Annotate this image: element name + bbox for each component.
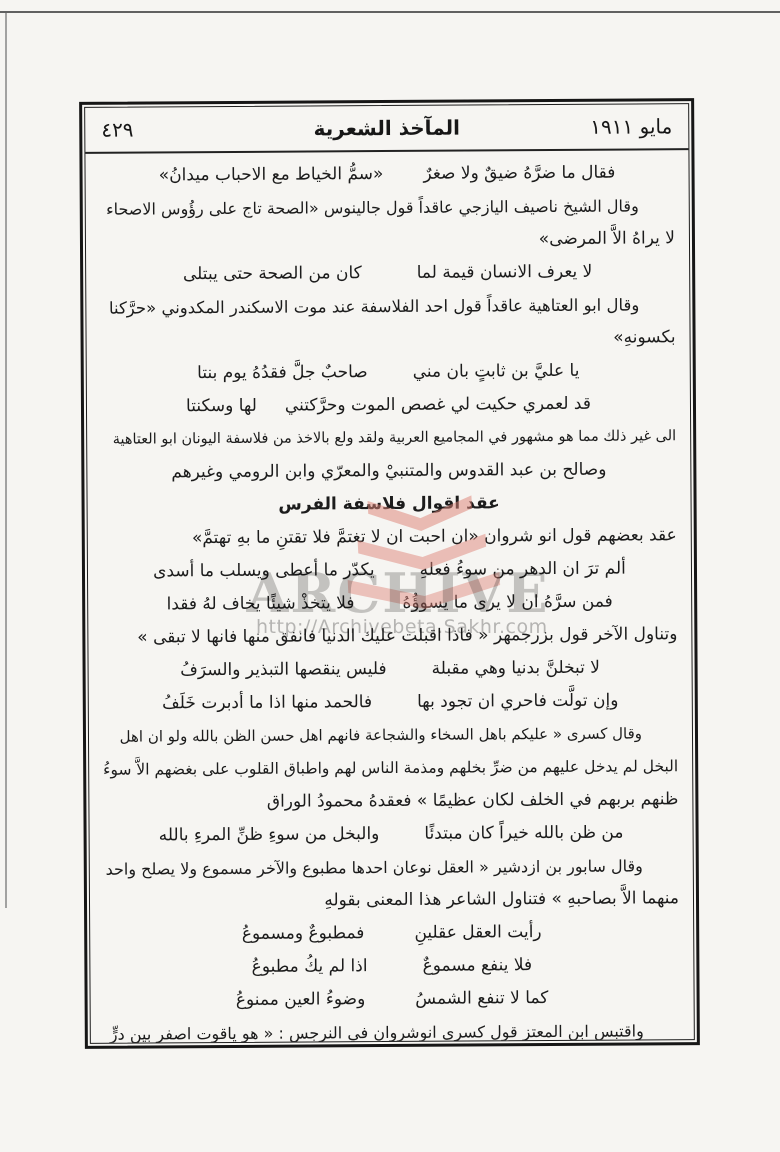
prose-line: منهما الاَّ بصاحبهِ » فتناول الشاعر هذا … [104, 882, 679, 919]
hemistich-right: لا تبخلنَّ بدنيا وهي مقبلة [432, 652, 601, 686]
page-header: مايو ١٩١١ المآخذ الشعرية ٤٢٩ [85, 104, 688, 154]
verse-line: لا يعرف الانسان قيمة لماكان من الصحة حتى… [100, 255, 675, 292]
page-frame-inner: مايو ١٩١١ المآخذ الشعرية ٤٢٩ فقال ما ضرَ… [84, 103, 695, 1044]
verse-line: وإن تولَّت فاحري ان تجود بهافالحمد منها … [103, 684, 678, 721]
hemistich-right: وإن تولَّت فاحري ان تجود بها [417, 685, 619, 719]
scanned-page: مايو ١٩١١ المآخذ الشعرية ٤٢٩ فقال ما ضرَ… [0, 0, 780, 1152]
hemistich-left: «سمُّ الخياط مع الاحباب ميدانُ» [159, 158, 384, 192]
verse-line: كما لا تنفع الشمسُوضوءُ العين ممنوعُ [105, 981, 680, 1018]
hemistich-left: كان من الصحة حتى يبتلى [183, 257, 362, 291]
verse-line: من ظن بالله خيراً كان مبتدئًاوالبخل من س… [103, 816, 678, 853]
prose-line: وقال الشيخ ناصيف اليازجي عاقداً قول جالي… [100, 189, 675, 226]
verse-line: ألم ترَ ان الدهر من سوءُ فعلهِيكدّر ما أ… [102, 552, 677, 589]
verse-line: يا عليَّ بن ثابتٍ بان منيصاحبٌ جلَّ فقدُ… [101, 354, 676, 391]
hemistich-right: رأيت العقل عقلينِ [414, 916, 541, 950]
hemistich-left: فلا يتخذْ شيئًا يخاف لهُ فقدا [167, 587, 355, 621]
verse-line: قد لعمري حكيت لي غصص الموت وحرَّكتنيلها … [101, 387, 676, 424]
page-frame: مايو ١٩١١ المآخذ الشعرية ٤٢٩ فقال ما ضرَ… [79, 98, 700, 1049]
hemistich-left: يكدّر ما أعطى ويسلب ما أسدى [153, 554, 375, 588]
hemistich-left: لها وسكنتا [186, 390, 257, 423]
hemistich-right: ألم ترَ ان الدهر من سوءُ فعلهِ [419, 553, 625, 587]
hemistich-right: فمن سرَّهُ ان لا يرى ما يسوؤُهُ [402, 586, 612, 620]
verse-line: رأيت العقل عقلينِفمطبوعٌ ومسموعُ [104, 915, 679, 952]
prose-line: وقال ابو العتاهية عاقداً قول احد الفلاسف… [100, 288, 675, 325]
hemistich-left: صاحبٌ جلَّ فقدُهُ يوم بنتا [197, 356, 368, 390]
prose-line: بكسونهِ» [100, 321, 675, 358]
hemistich-left: اذا لم يكُ مطبوعُ [252, 950, 368, 984]
hemistich-left: فالحمد منها اذا ما أدبرت خَلَفُ [162, 686, 372, 720]
prose-line: عقد بعضهم قول انو شروان «ان احبت ان لا ت… [102, 519, 677, 556]
prose-line: وتناول الآخر قول بزرجمهر « فاذا اقبلت عل… [102, 618, 677, 655]
section-heading: عقد اقوال فلاسفة الفرس [101, 486, 676, 523]
hemistich-right: لا يعرف الانسان قيمة لما [417, 256, 593, 290]
verse-line: لا تبخلنَّ بدنيا وهي مقبلةفليس ينقصها ال… [102, 651, 677, 688]
hemistich-right: قد لعمري حكيت لي غصص الموت وحرَّكتني [285, 388, 591, 423]
verse-line: فلا ينفع مسموعٌاذا لم يكُ مطبوعُ [104, 948, 679, 985]
header-page-number: ٤٢٩ [101, 117, 251, 142]
hemistich-right: من ظن بالله خيراً كان مبتدئًا [424, 817, 623, 851]
hemistich-right: فلا ينفع مسموعٌ [422, 949, 532, 983]
hemistich-left: فليس ينقصها التبذير والسرَفُ [180, 653, 387, 687]
hemistich-left: وضوءُ العين ممنوعُ [236, 983, 366, 1017]
scan-top-edge-line [0, 11, 780, 13]
header-journal-title: المآخذ الشعرية [251, 115, 522, 141]
scan-left-edge-line [5, 13, 7, 908]
prose-line: لا يراهُ الاَّ المرضى» [100, 222, 675, 259]
verse-line: فقال ما ضرَّهُ ضيقٌ ولا صغرٌ«سمُّ الخياط… [99, 156, 674, 193]
verse-line: فمن سرَّهُ ان لا يرى ما يسوؤُهُفلا يتخذْ… [102, 585, 677, 622]
hemistich-right: كما لا تنفع الشمسُ [415, 982, 548, 1016]
prose-line: البخل لم يدخل عليهم من ضرِّ بخلهم ومذمة … [103, 750, 678, 787]
prose-line: واقتبس ابن المعتز قول كسرى انوشروان في ا… [105, 1014, 680, 1043]
prose-line: ظنهم بربهم في الخلف لكان عظيمًا » فعقدهُ… [103, 783, 678, 820]
hemistich-right: يا عليَّ بن ثابتٍ بان مني [413, 355, 580, 389]
prose-line: وصالح بن عبد القدوس والمتنبيْ والمعرّي و… [101, 453, 676, 490]
prose-line: الى غير ذلك مما هو مشهور في المجاميع الع… [101, 420, 676, 457]
page-body: فقال ما ضرَّهُ ضيقٌ ولا صغرٌ«سمُّ الخياط… [85, 150, 693, 1043]
header-issue-date: مايو ١٩١١ [522, 114, 672, 139]
prose-line: وقال سابور بن ازدشير « العقل نوعان احدها… [104, 849, 679, 886]
hemistich-left: والبخل من سوءِ ظنِّ المرءِ بالله [159, 818, 380, 852]
hemistich-left: فمطبوعٌ ومسموعُ [242, 917, 365, 951]
hemistich-right: فقال ما ضرَّهُ ضيقٌ ولا صغرٌ [423, 157, 615, 191]
prose-line: وقال كسرى « عليكم باهل السخاء والشجاعة ف… [103, 717, 678, 754]
